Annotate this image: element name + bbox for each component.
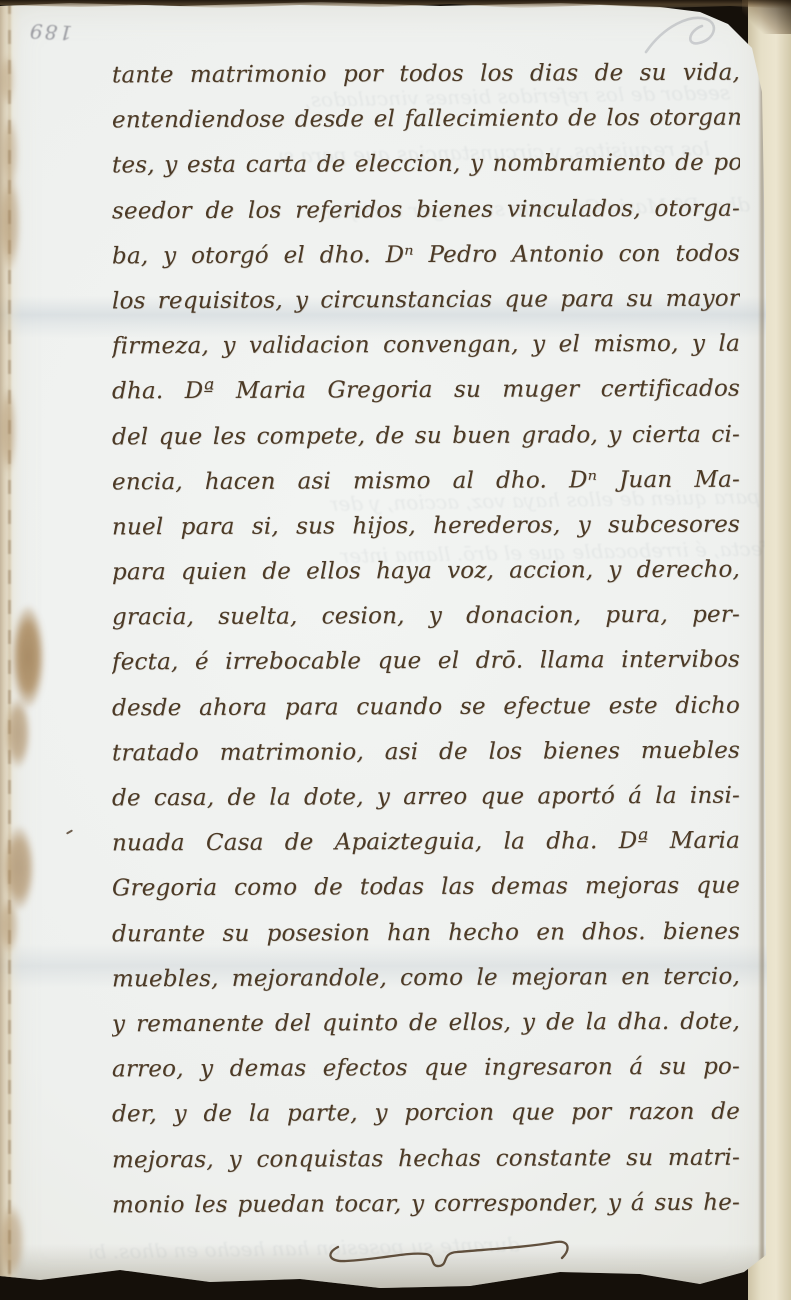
manuscript-line: ba, y otorgó el dho. Dⁿ Pedro Antonio co… xyxy=(112,231,740,279)
manuscript-page: seedor de los referidos bienes vinculado… xyxy=(0,0,770,1300)
ink-fleck xyxy=(66,829,73,834)
manuscript-line: durante su posesion han hecho en dhos. b… xyxy=(112,909,740,957)
manuscript-line: gracia, suelta, cesion, y donacion, pura… xyxy=(112,593,740,641)
manuscript-line: muebles, mejorandole, como le mejoran en… xyxy=(112,954,740,1002)
manuscript-line: del que les compete, de su buen grado, y… xyxy=(112,412,740,460)
manuscript-line: nuada Casa de Apaizteguia, la dha. Dª Ma… xyxy=(112,819,740,867)
stain xyxy=(0,388,16,473)
manuscript-text: tante matrimonio por todos los dias de s… xyxy=(112,52,740,1227)
manuscript-line: encia, hacen asi mismo al dho. Dⁿ Juan M… xyxy=(112,457,740,505)
manuscript-line: entendiendose desde el fallecimiento de … xyxy=(112,96,740,144)
manuscript-line: der, y de la parte, y porcion que por ra… xyxy=(112,1090,740,1138)
manuscript-line: Gregoria como de todas las demas mejoras… xyxy=(112,864,740,912)
stain xyxy=(0,898,18,953)
manuscript-line: desde ahora para cuando se efectue este … xyxy=(112,683,740,731)
stain xyxy=(0,1205,24,1277)
manuscript-line: los requisitos, y circunstancias que par… xyxy=(112,277,740,325)
pencil-folio-number: 189 xyxy=(27,19,72,45)
manuscript-line: tes, y esta carta de eleccion, y nombram… xyxy=(112,141,740,189)
manuscript-line: nuel para si, sus hijos, herederos, y su… xyxy=(112,503,740,551)
manuscript-line: arreo, y demas efectos que ingresaron á … xyxy=(112,1045,740,1093)
manuscript-line: para quien de ellos haya voz, accion, y … xyxy=(112,548,740,596)
manuscript-line: mejoras, y conquistas hechas constante s… xyxy=(112,1135,740,1183)
manuscript-line: monio les puedan tocar, y corresponder, … xyxy=(112,1180,740,1228)
manuscript-line: fecta, é irrebocable que el drō. llama i… xyxy=(112,638,740,686)
manuscript-line: de casa, de la dote, y arreo que aportó … xyxy=(112,774,740,822)
manuscript-line: seedor de los referidos bienes vinculado… xyxy=(112,186,740,234)
page-edge-line xyxy=(758,60,764,1270)
end-flourish-icon xyxy=(322,1232,580,1272)
manuscript-line: tratado matrimonio, asi de los bienes mu… xyxy=(112,728,740,776)
manuscript-line: tante matrimonio por todos los dias de s… xyxy=(112,51,740,99)
manuscript-line: firmeza, y validacion convengan, y el mi… xyxy=(112,322,740,370)
manuscript-line: y remanente del quinto de ellos, y de la… xyxy=(112,1000,740,1048)
stain xyxy=(0,55,14,105)
manuscript-line: dha. Dª Maria Gregoria su muger certific… xyxy=(112,367,740,415)
stain xyxy=(6,698,30,768)
stain xyxy=(12,606,44,708)
torn-corner xyxy=(742,0,791,34)
stain xyxy=(0,175,20,270)
manuscript-scan: seedor de los referidos bienes vinculado… xyxy=(0,0,791,1300)
